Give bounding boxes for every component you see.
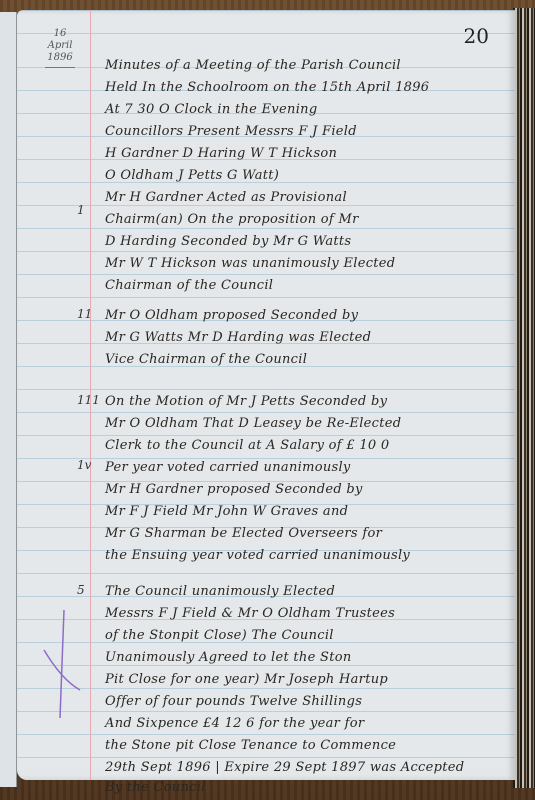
handwritten-line: Chairman of the Council [105, 278, 505, 293]
handwritten-line: Held In the Schoolroom on the 15th April… [105, 80, 505, 95]
item-number: 1v [77, 458, 91, 472]
handwritten-line: Offer of four pounds Twelve Shillings [105, 694, 505, 709]
margin-date-day: 16 April [45, 28, 75, 52]
handwritten-line: O Oldham J Petts G Watt) [105, 168, 505, 183]
handwritten-line: The Council unanimously Elected [105, 584, 505, 599]
page-stack-edge [513, 8, 535, 788]
ledger-page: 20 16 April 1896 1 11 111 1v 5 Minutes o… [17, 10, 515, 780]
handwritten-line: Councillors Present Messrs F J Field [105, 124, 505, 139]
previous-page-edge [0, 12, 17, 787]
margin-date-year: 1896 [45, 52, 75, 64]
margin-date: 16 April 1896 [45, 28, 75, 68]
item-number: 5 [77, 583, 85, 597]
handwritten-line: 29th Sept 1896 | Expire 29 Sept 1897 was… [105, 760, 505, 775]
handwritten-line: Mr W T Hickson was unanimously Elected [105, 256, 505, 271]
handwritten-line: of the Stonpit Close) The Council [105, 628, 505, 643]
handwritten-line: Mr G Sharman be Elected Overseers for [105, 526, 505, 541]
handwritten-line: the Ensuing year voted carried unanimous… [105, 548, 505, 563]
handwritten-line: Mr H Gardner proposed Seconded by [105, 482, 505, 497]
handwritten-line: On the Motion of Mr J Petts Seconded by [105, 394, 505, 409]
handwritten-line: Vice Chairman of the Council [105, 352, 505, 367]
handwritten-line: D Harding Seconded by Mr G Watts [105, 234, 505, 249]
handwritten-line: At 7 30 O Clock in the Evening [105, 102, 505, 117]
handwritten-line: By the Council [105, 780, 505, 795]
page-number: 20 [464, 24, 489, 48]
handwritten-line: Mr O Oldham proposed Seconded by [105, 308, 505, 323]
handwritten-line: Unanimously Agreed to let the Ston [105, 650, 505, 665]
item-number: 111 [77, 393, 100, 407]
item-number: 1 [77, 203, 85, 217]
handwritten-line: H Gardner D Haring W T Hickson [105, 146, 505, 161]
handwritten-line: Mr F J Field Mr John W Graves and [105, 504, 505, 519]
handwritten-line: Per year voted carried unanimously [105, 460, 505, 475]
handwritten-line: Mr G Watts Mr D Harding was Elected [105, 330, 505, 345]
handwritten-line: Mr H Gardner Acted as Provisional [105, 190, 505, 205]
handwritten-line: And Sixpence £4 12 6 for the year for [105, 716, 505, 731]
handwritten-line: Pit Close for one year) Mr Joseph Hartup [105, 672, 505, 687]
handwritten-line: Mr O Oldham That D Leasey be Re-Elected [105, 416, 505, 431]
item-number: 11 [77, 307, 92, 321]
handwritten-line: the Stone pit Close Tenance to Commence [105, 738, 505, 753]
handwritten-line: Clerk to the Council at A Salary of £ 10… [105, 438, 505, 453]
handwritten-line: Chairm(an) On the proposition of Mr [105, 212, 505, 227]
pencil-cross-mark [42, 610, 82, 720]
handwritten-line: Minutes of a Meeting of the Parish Counc… [105, 58, 505, 73]
handwritten-line: Messrs F J Field & Mr O Oldham Trustees [105, 606, 505, 621]
